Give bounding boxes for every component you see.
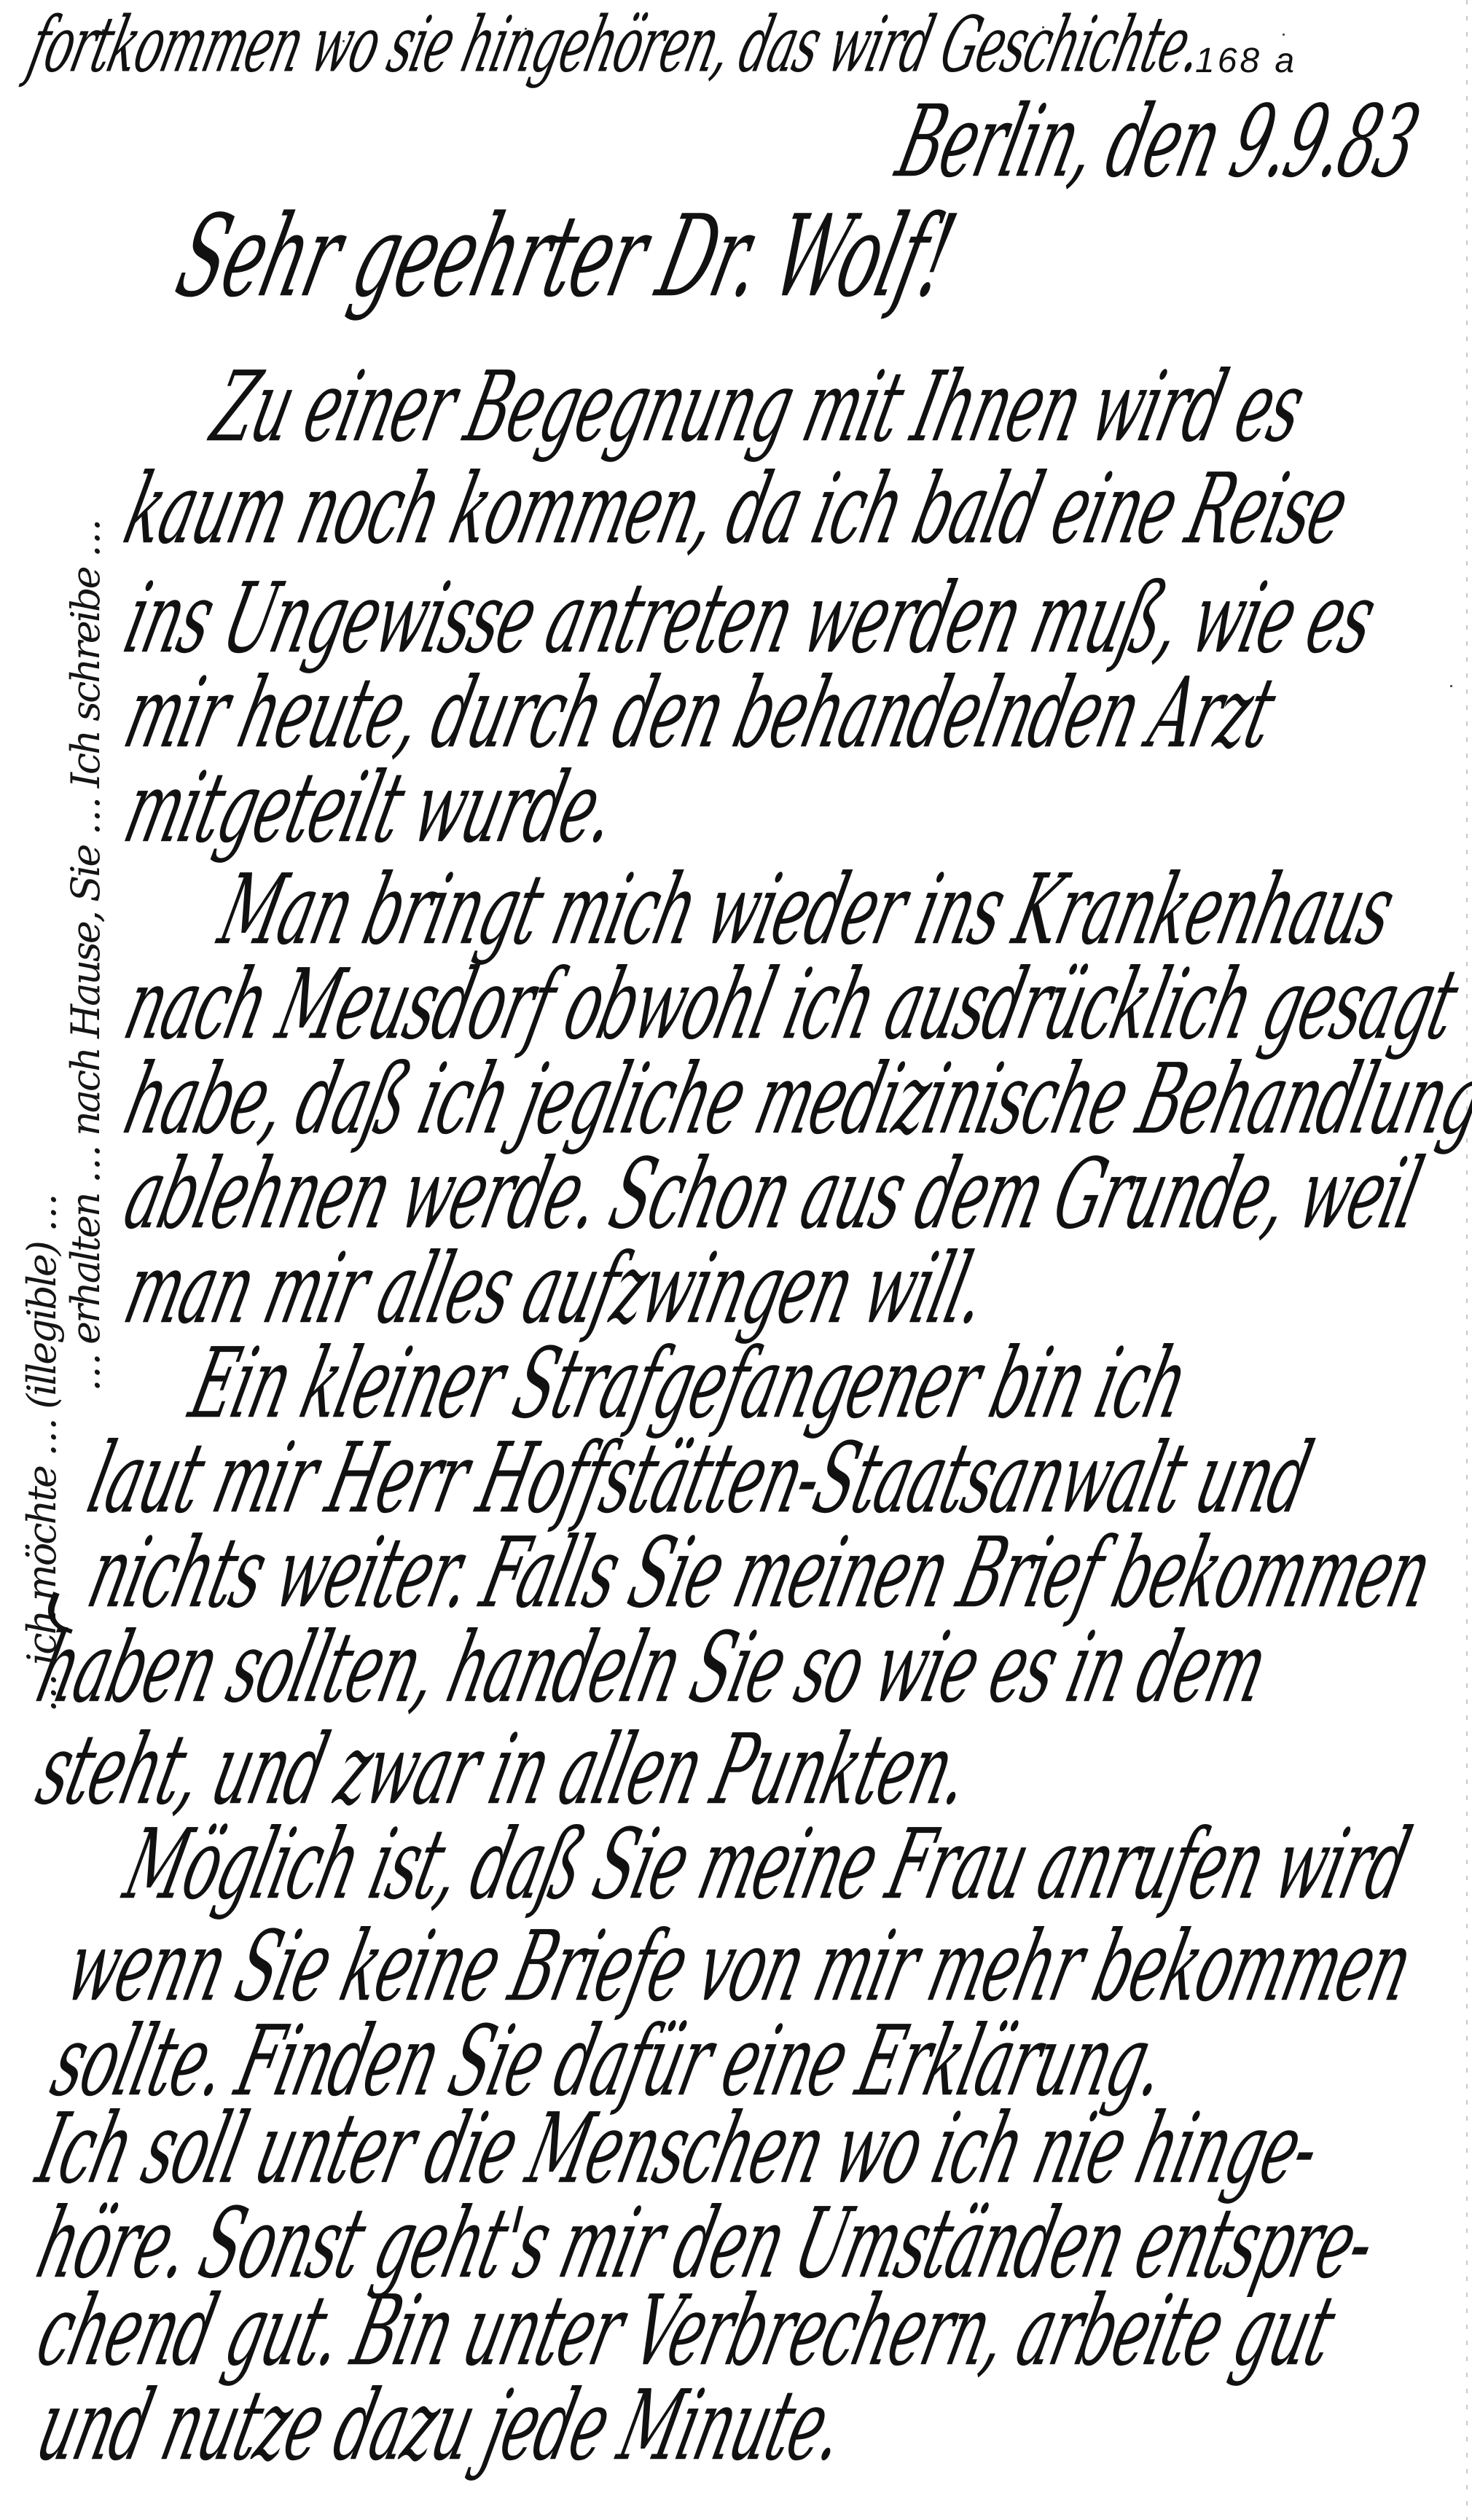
body-line: laut mir Herr Hoffstätten-Staatsanwalt u… [80,1431,1319,1527]
body-line: habe, daß ich jegliche medizinische Beha… [117,1052,1472,1149]
body-line: ins Ungewisse antreten werden muß, wie e… [117,571,1383,668]
margin-note-column-1: … ich möchte … (illegible) … [19,168,65,1713]
body-line: Möglich ist, daß Sie meine Frau anrufen … [117,1817,1417,1914]
letter-page: fortkommen wo sie hingehören, das wird G… [0,0,1472,2520]
body-line: Zu einer Begegnung mit Ihnen wird es [204,359,1312,456]
body-line: Ein kleiner Strafgefangener bin ich [182,1336,1195,1433]
scan-speck [342,40,345,42]
body-line: man mir alles aufzwingen will. [117,1241,995,1338]
scan-speck [102,29,104,31]
body-line: Ich soll unter die Menschen wo ich nie h… [29,2101,1327,2198]
scan-speck [838,44,840,46]
place-date: Berlin, den 9.9.83 [889,93,1427,192]
body-line: und nutze dazu jede Minute. [29,2378,853,2475]
scan-speck [1283,34,1285,36]
scan-speck [525,28,527,30]
scan-page-edge [1466,0,1468,2520]
body-line: kaum noch kommen, da ich bald eine Reise [117,461,1355,558]
body-line: nach Meusdorf obwohl ich ausdrücklich ge… [117,957,1465,1054]
continuation-line: fortkommen wo sie hingehören, das wird G… [22,8,1209,85]
body-line: nichts weiter. Falls Sie meinen Brief be… [80,1525,1439,1622]
body-line: ablehnen werde. Schon aus dem Grunde, we… [117,1146,1429,1243]
body-line: mir heute, durch den behandelnden Arzt [117,665,1283,762]
body-line: haben sollten, handeln Sie so wie es in … [29,1620,1275,1717]
scan-speck [1450,1108,1452,1110]
body-line: Man bringt mich wieder ins Krankenhaus [211,862,1401,959]
body-line: mitgeteilt wurde. [117,760,625,857]
body-line: chend gut. Bin unter Verbrechern, arbeit… [29,2283,1342,2380]
margin-note-column-2: … erhalten … nach Hause, Sie … Ich schre… [63,255,109,1392]
body-line: wenn Sie keine Briefe von mir mehr bekom… [58,1919,1420,2016]
salutation: Sehr geehrter Dr. Wolf! [168,200,963,313]
scan-speck [1450,685,1452,687]
body-line: steht, und zwar in allen Punkten. [29,1722,978,1819]
page-number: 168 a [1195,44,1297,79]
margin-note: … ich möchte … (illegible) … … erhalten … [15,168,117,1771]
scan-speck [1042,26,1044,28]
